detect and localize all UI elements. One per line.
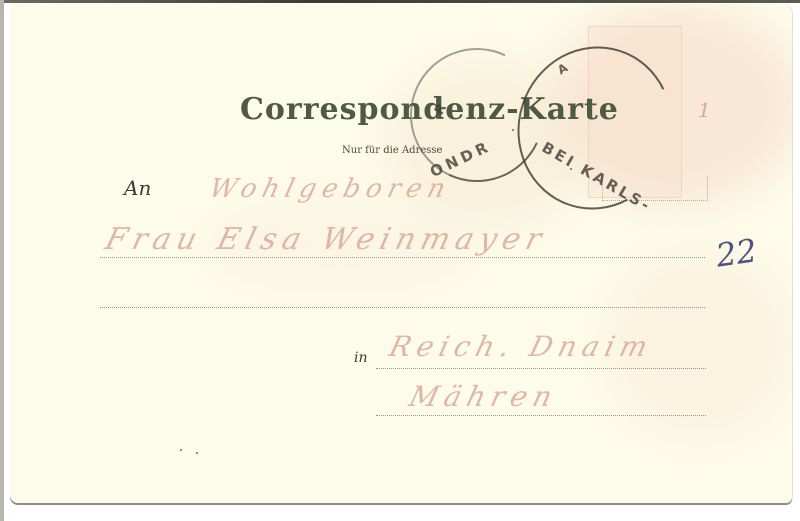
location-label: in [354, 350, 368, 366]
address-line-1 [100, 257, 705, 258]
address-line-3 [376, 368, 706, 369]
postcard: 1 Correspondenz-Karte Nur für die Adress… [10, 4, 792, 503]
speck [180, 449, 182, 451]
address-line-4 [376, 415, 706, 416]
speck [512, 129, 514, 131]
handwritten-region: Mähren [406, 380, 562, 413]
pencil-note: 22 [714, 231, 760, 274]
scan-top-edge [0, 0, 800, 3]
handwritten-salutation: Wohlgeboren [206, 174, 454, 204]
speck [570, 168, 572, 170]
scan-left-edge [0, 0, 4, 521]
handwritten-recipient: Frau Elsa Weinmayer [102, 222, 551, 257]
handwritten-town: Reich. Dnaim [386, 330, 657, 363]
address-label: An [124, 176, 151, 200]
stamp-corner-mark: 1 [698, 98, 711, 122]
speck [196, 452, 198, 454]
address-line-2 [100, 307, 705, 308]
